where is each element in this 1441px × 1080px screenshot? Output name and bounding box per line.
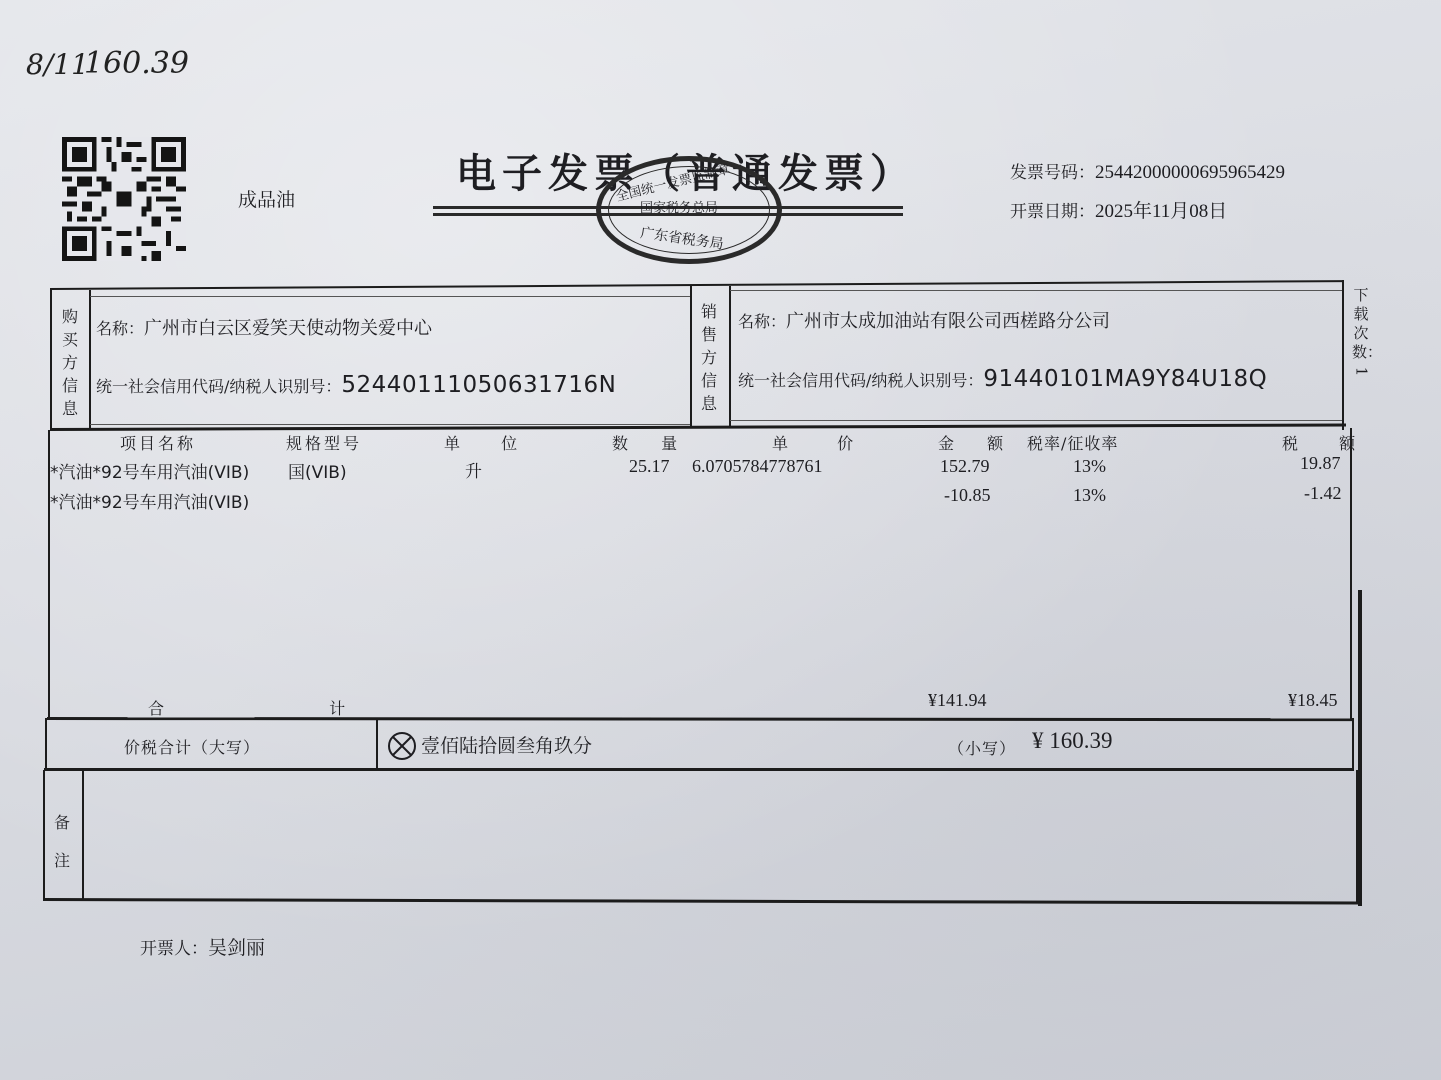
seal-middle-text: 国家税务总局 [640,197,718,216]
item-tax-rate: 13% [1073,456,1106,477]
item-name: *汽油*92号车用汽油(VIB) [50,458,249,483]
item-amount: -10.85 [944,485,991,506]
remarks-label: 备注 [52,804,72,880]
buyer-tax-id-value: 52440111050631716N [341,372,616,398]
qr-code-icon [62,137,186,261]
item-name: *汽油*92号车用汽油(VIB) [50,488,249,513]
buyer-tax-id: 统一社会信用代码/纳税人识别号：52440111050631716N [96,372,616,398]
seller-name-value: 广州市太成加油站有限公司西槎路分公司 [786,311,1110,332]
invoice-date: 开票日期：2025年11月08日 [1010,196,1227,223]
invoice-category: 成品油 [238,185,295,212]
item-amount: 152.79 [940,456,990,477]
total-amount: ¥141.94 [928,690,987,711]
col-header-unit-price: 单 价 [772,431,875,454]
item-spec: 国(VIB) [288,458,347,483]
buyer-name-value: 广州市白云区爱笑天使动物关爱中心 [144,318,432,339]
item-quantity: 25.17 [629,456,670,477]
issuer-name: 吴剑丽 [208,937,265,959]
invoice-number: 发票号码：25442000000695965429 [1010,158,1285,184]
invoice-number-value: 25442000000695965429 [1095,162,1285,183]
buyer-section-label: 购买方信息 [60,305,80,420]
total-label: 合 计 [148,696,425,719]
total-tax: ¥18.45 [1288,690,1338,711]
col-header-spec: 规格型号 [286,431,362,454]
handwritten-amount-note: 160.39 [84,46,189,81]
col-header-amount: 金 额 [938,431,1017,454]
invoice-date-value: 2025年11月08日 [1095,201,1227,222]
col-header-item-name: 项目名称 [120,431,196,454]
seller-section-label: 销售方信息 [699,300,719,415]
issuer-label: 开票人： [140,939,208,959]
item-tax: 19.87 [1300,453,1341,474]
grand-total-lowercase-label: （小写） [948,736,1016,759]
invoice-number-label: 发票号码： [1010,163,1095,183]
buyer-name: 名称：广州市白云区爱笑天使动物关爱中心 [96,314,432,340]
item-unit: 升 [465,457,482,482]
col-header-quantity: 数 量 [612,431,691,454]
seller-name-label: 名称： [738,312,786,331]
col-header-tax: 税 额 [1282,431,1373,454]
handwritten-date-note: 8/11 [26,48,89,81]
item-unit-price: 6.0705784778761 [692,456,823,477]
col-header-unit: 单 位 [444,431,535,454]
circled-x-icon [387,731,417,761]
download-count: 下载次数：1 [1352,286,1370,381]
grand-total-uppercase: 壹佰陆拾圆叁角玖分 [421,731,592,758]
issuer: 开票人：吴剑丽 [140,933,265,960]
download-count-value: 1 [1352,363,1371,381]
buyer-tax-id-label: 统一社会信用代码/纳税人识别号： [96,377,341,396]
seller-tax-id-value: 91440101MA9Y84U18Q [983,366,1267,392]
col-header-tax-rate: 税率/征收率 [1027,431,1118,454]
seller-tax-id: 统一社会信用代码/纳税人识别号：91440101MA9Y84U18Q [738,366,1267,392]
buyer-name-label: 名称： [96,319,144,338]
item-tax: -1.42 [1304,483,1342,504]
seller-name: 名称：广州市太成加油站有限公司西槎路分公司 [738,307,1110,333]
seller-tax-id-label: 统一社会信用代码/纳税人识别号： [738,371,983,390]
item-tax-rate: 13% [1073,485,1106,506]
grand-total-lowercase: ¥ 160.39 [1032,728,1113,754]
grand-total-label: 价税合计（大写） [124,735,260,758]
invoice-date-label: 开票日期： [1010,202,1095,222]
